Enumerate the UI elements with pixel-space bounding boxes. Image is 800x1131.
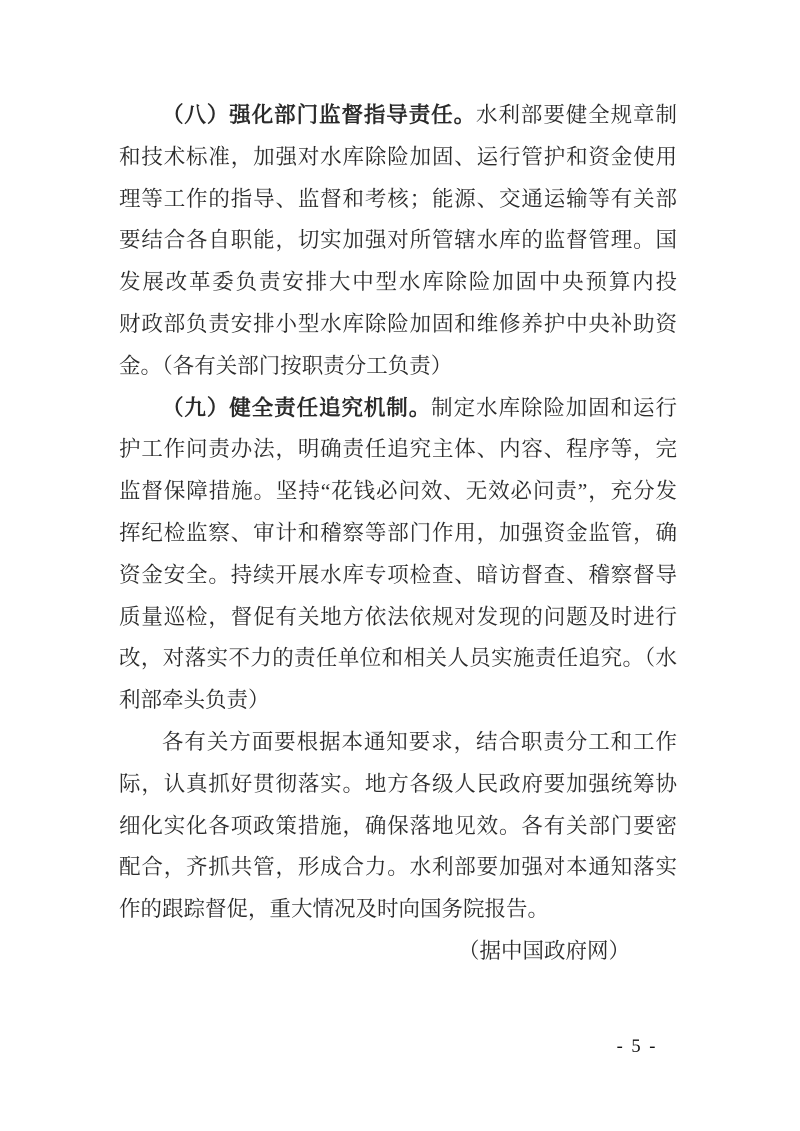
text-line: 发展改革委负责安排大中型水库除险加固中央预算内投资。 [119,262,677,304]
text-line: 要结合各自职能，切实加强对所管辖水库的监督管理。国家 [119,220,677,262]
paragraph: （据中国政府网） [119,931,677,973]
text-line: 配合，齐抓共管，形成合力。水利部要加强对本通知落实工 [119,847,677,889]
document-page: （八）强化部门监督指导责任。水利部要健全规章制度和技术标准，加强对水库除险加固、… [0,0,800,1131]
section-heading: （八）强化部门监督指导责任。 [162,103,476,127]
text-line: 护工作问责办法，明确责任追究主体、内容、程序等，完善 [119,429,677,471]
text-line: 财政部负责安排小型水库除险加固和维修养护中央补助资 [119,304,677,346]
text-line: 和技术标准，加强对水库除险加固、运行管护和资金使用管 [119,137,677,179]
paragraph: （九）健全责任追究机制。制定水库除险加固和运行管护工作问责办法，明确责任追究主体… [119,388,677,722]
document-body: （八）强化部门监督指导责任。水利部要健全规章制度和技术标准，加强对水库除险加固、… [119,95,677,973]
source-attribution: （据中国政府网） [119,931,677,973]
text-line: 作的跟踪督促，重大情况及时向国务院报告。 [119,889,677,931]
paragraph: 各有关方面要根据本通知要求，结合职责分工和工作实际，认真抓好贯彻落实。地方各级人… [119,722,677,931]
section-heading: （九）健全责任追究机制。 [162,396,431,420]
text-line: 理等工作的指导、监督和考核；能源、交通运输等有关部门 [119,179,677,221]
text-line: 改，对落实不力的责任单位和相关人员实施责任追究。（水 [119,638,677,680]
text-line: 金。（各有关部门按职责分工负责） [119,346,677,388]
text-line: （九）健全责任追究机制。制定水库除险加固和运行管 [119,388,677,430]
text-line: （八）强化部门监督指导责任。水利部要健全规章制度 [119,95,677,137]
text-line: 挥纪检监察、审计和稽察等部门作用，加强资金监管，确保 [119,513,677,555]
text-line: 资金安全。持续开展水库专项检查、暗访督查、稽察督导和 [119,555,677,597]
text-line: 细化实化各项政策措施，确保落地见效。各有关部门要密切 [119,806,677,848]
text-line: 际，认真抓好贯彻落实。地方各级人民政府要加强统筹协调， [119,764,677,806]
text-line: 利部牵头负责） [119,680,677,722]
page-number: - 5 - [597,1035,677,1059]
text-line: 各有关方面要根据本通知要求，结合职责分工和工作实 [119,722,677,764]
text-line: 监督保障措施。坚持“花钱必问效、无效必问责”，充分发 [119,471,677,513]
paragraph: （八）强化部门监督指导责任。水利部要健全规章制度和技术标准，加强对水库除险加固、… [119,95,677,388]
text-line: 质量巡检，督促有关地方依法依规对发现的问题及时进行整 [119,597,677,639]
